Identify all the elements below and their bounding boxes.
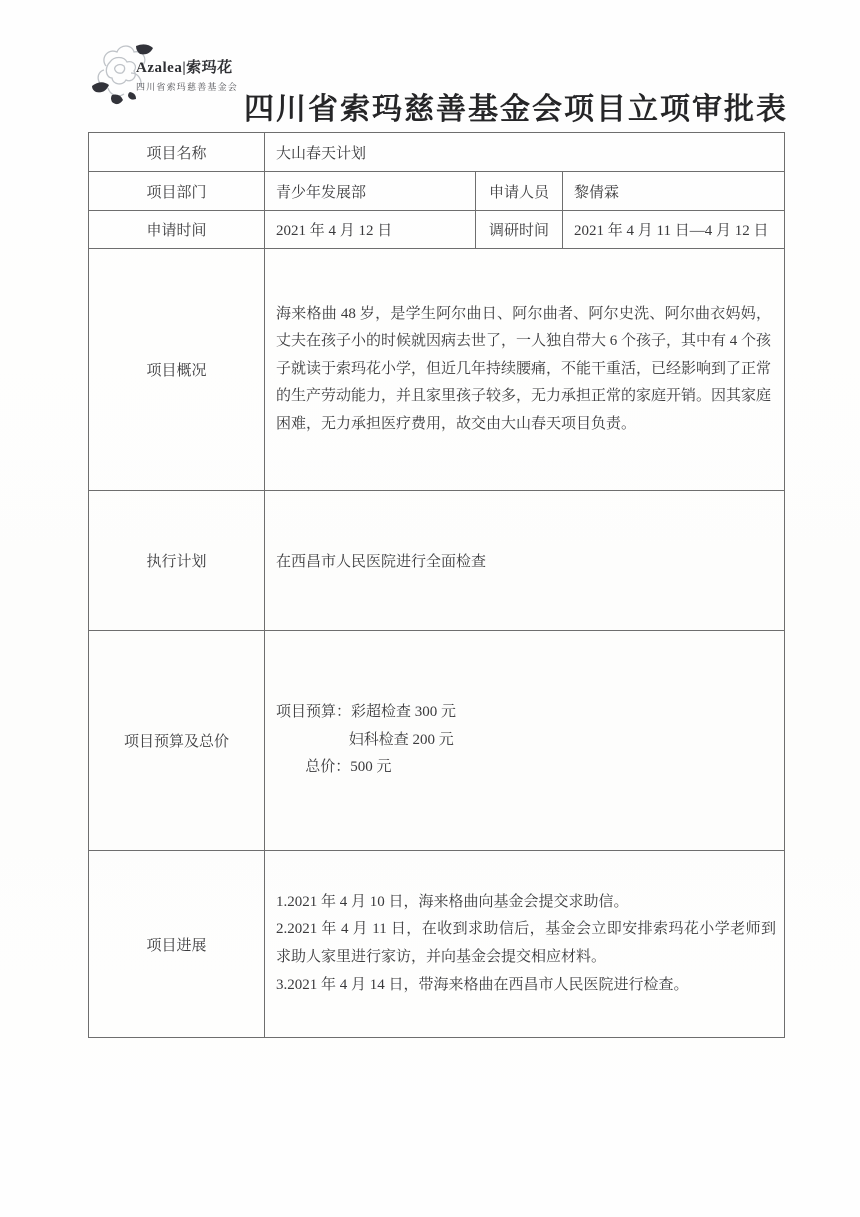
table-row-dates: 申请时间 2021 年 4 月 12 日 调研时间 2021 年 4 月 11 … — [89, 210, 784, 248]
budget-line-1: 项目预算：彩超检查 300 元 — [276, 699, 784, 727]
applicant-value: 黎倩霖 — [562, 172, 784, 210]
overview-cell: 海来格曲 48 岁，是学生阿尔曲日、阿尔曲者、阿尔史洗、阿尔曲衣妈妈，丈夫在孩子… — [264, 249, 784, 490]
scanned-form-page: Azalea|索玛花 四川省索玛慈善基金会 四川省索玛慈善基金会项目立项审批表 … — [0, 0, 860, 1217]
department-value: 青少年发展部 — [264, 172, 475, 210]
budget-cell: 项目预算：彩超检查 300 元 妇科检查 200 元 总价：500 元 — [264, 631, 784, 850]
form-title: 四川省索玛慈善基金会项目立项审批表 — [244, 84, 788, 128]
table-row-budget: 项目预算及总价 项目预算：彩超检查 300 元 妇科检查 200 元 总价：50… — [89, 630, 784, 850]
logo-brand-name: Azalea|索玛花 — [136, 56, 316, 77]
table-row-progress: 项目进展 1.2021 年 4 月 10 日，海来格曲向基金会提交求助信。 2.… — [89, 850, 784, 1037]
budget-line-3: 总价：500 元 — [276, 754, 784, 782]
table-row-plan: 执行计划 在西昌市人民医院进行全面检查 — [89, 490, 784, 630]
progress-label: 项目进展 — [89, 851, 264, 1037]
apply-date-value: 2021 年 4 月 12 日 — [264, 211, 475, 248]
apply-date-label: 申请时间 — [89, 211, 264, 248]
progress-item-3: 3.2021 年 4 月 14 日，带海来格曲在西昌市人民医院进行检查。 — [276, 972, 784, 1000]
table-row-department: 项目部门 青少年发展部 申请人员 黎倩霖 — [89, 171, 784, 210]
overview-text: 海来格曲 48 岁，是学生阿尔曲日、阿尔曲者、阿尔史洗、阿尔曲衣妈妈，丈夫在孩子… — [265, 301, 784, 439]
plan-label: 执行计划 — [89, 491, 264, 630]
survey-date-label: 调研时间 — [475, 211, 562, 248]
table-row-project-name: 项目名称 大山春天计划 — [89, 133, 784, 171]
department-label: 项目部门 — [89, 172, 264, 210]
overview-label: 项目概况 — [89, 249, 264, 490]
approval-table: 项目名称 大山春天计划 项目部门 青少年发展部 申请人员 黎倩霖 申请时间 20… — [88, 132, 785, 1038]
table-row-overview: 项目概况 海来格曲 48 岁，是学生阿尔曲日、阿尔曲者、阿尔史洗、阿尔曲衣妈妈，… — [89, 248, 784, 490]
progress-item-1: 1.2021 年 4 月 10 日，海来格曲向基金会提交求助信。 — [276, 889, 784, 917]
project-name-value: 大山春天计划 — [264, 133, 784, 171]
budget-label: 项目预算及总价 — [89, 631, 264, 850]
progress-cell: 1.2021 年 4 月 10 日，海来格曲向基金会提交求助信。 2.2021 … — [264, 851, 784, 1037]
applicant-label: 申请人员 — [475, 172, 562, 210]
budget-line-2: 妇科检查 200 元 — [276, 727, 784, 755]
plan-value: 在西昌市人民医院进行全面检查 — [264, 491, 784, 630]
survey-date-value: 2021 年 4 月 11 日—4 月 12 日 — [562, 211, 784, 248]
project-name-label: 项目名称 — [89, 133, 264, 171]
progress-item-2: 2.2021 年 4 月 11 日，在收到求助信后，基金会立即安排索玛花小学老师… — [276, 916, 784, 971]
